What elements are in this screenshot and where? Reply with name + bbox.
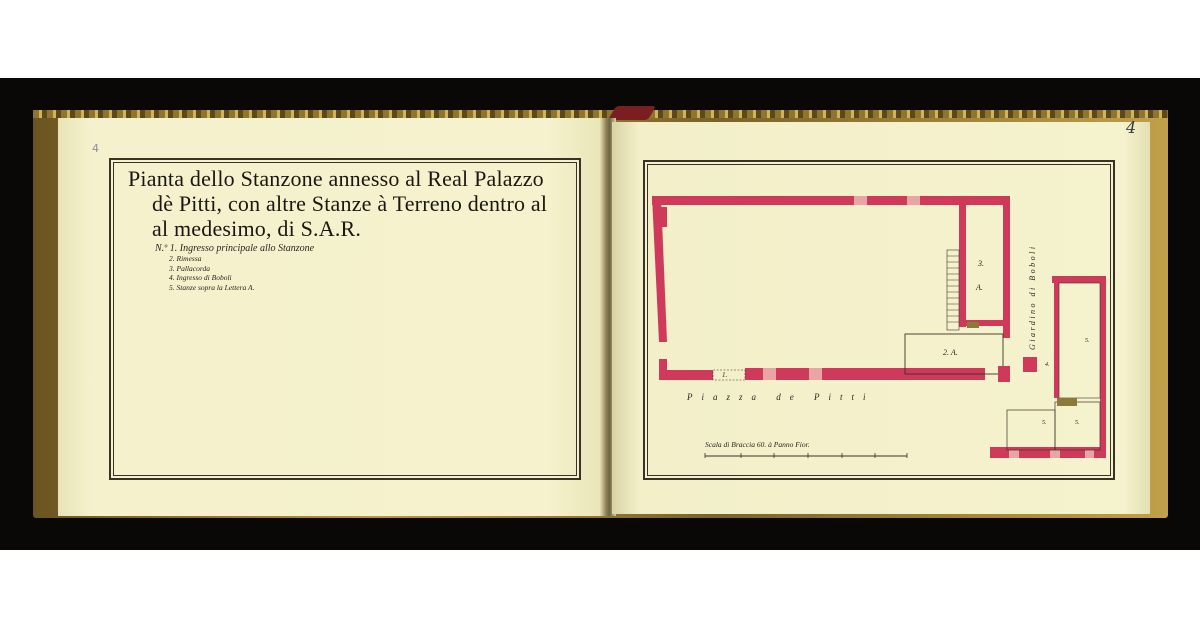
room-label-1: 1. (722, 371, 728, 379)
wall-fragment (998, 366, 1010, 382)
legend-item-5: 5. Stanze sopra la Lettera A. (155, 283, 314, 293)
scale-label: Scala di Braccia 60. à Panno Fior. (705, 440, 810, 449)
room-label-5b: 5. (1042, 420, 1047, 426)
street-label: Piazza de Pitti (686, 392, 875, 402)
legend-item-4: 4. Ingresso di Boboli (155, 273, 314, 283)
wall-fragment (1023, 357, 1037, 372)
garden-label: Giardino di Boboli (1028, 244, 1037, 350)
title-line-3: al medesimo, di S.A.R. (128, 216, 578, 241)
right-page-number: 4 (1126, 118, 1136, 137)
title-line-2: dè Pitti, con altre Stanze à Terreno den… (128, 191, 578, 216)
room-label-3: 3. (977, 259, 984, 268)
legend-item-2: 2. Rimessa (155, 254, 314, 264)
title-line-1: Pianta dello Stanzone annesso al Real Pa… (128, 166, 578, 191)
room-label-a: A. (975, 283, 983, 292)
room-label-5: 5. (1085, 338, 1090, 344)
left-page-number: 4 (92, 142, 99, 155)
legend-item-1: N.º 1. Ingresso principale allo Stanzone (155, 244, 314, 254)
plan-title: Pianta dello Stanzone annesso al Real Pa… (128, 166, 578, 241)
scale-bar (705, 453, 907, 458)
room-label-5c: 5. (1075, 420, 1080, 426)
gilt-tooling-top (33, 110, 1168, 118)
floor-plan-drawing: 1. 2. A. 3. A. 4. 5. 5. 5. Piazza de Pit… (645, 162, 1109, 474)
legend-item-3: 3. Pallacorda (155, 264, 314, 274)
plan-legend: N.º 1. Ingresso principale allo Stanzone… (155, 244, 314, 292)
room-label-2a: 2. A. (943, 348, 958, 357)
room-label-4: 4. (1045, 361, 1050, 368)
